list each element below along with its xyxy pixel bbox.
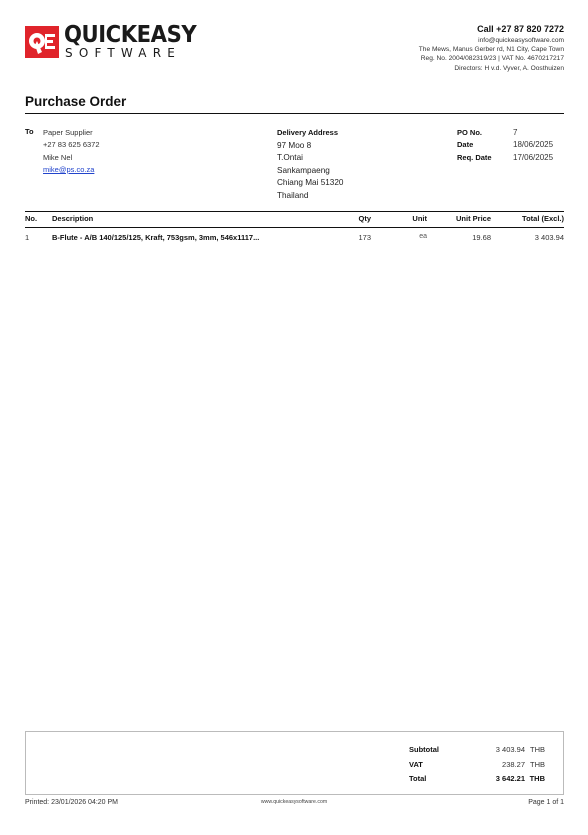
totals-value: 3 403.94: [469, 743, 525, 758]
recipient-email-link[interactable]: mike@ps.co.za: [43, 165, 94, 174]
totals-grand-total: Total 3 642.21 THB: [409, 772, 545, 787]
col-no: No.: [25, 214, 37, 223]
delivery-line: Sankampaeng: [277, 165, 343, 178]
col-total: Total (Excl.): [522, 214, 564, 223]
meta-value: 18/06/2025: [513, 139, 553, 151]
meta-po-number: PO No. 7: [457, 127, 553, 139]
totals-currency: THB: [525, 758, 545, 773]
table-header: No. Description Qty Unit Unit Price Tota…: [25, 214, 564, 226]
brand-tagline: SOFTWARE: [65, 46, 181, 60]
company-directors: Directors: H v.d. Vyver, A. Oosthuizen: [419, 64, 564, 73]
company-email: info@quickeasysoftware.com: [419, 36, 564, 45]
row-qty: 173: [358, 233, 371, 242]
meta-value: 17/06/2025: [513, 152, 553, 164]
table-header-rule: [25, 227, 564, 228]
totals-currency: THB: [525, 743, 545, 758]
col-qty: Qty: [358, 214, 371, 223]
totals-value: 3 642.21: [469, 772, 525, 787]
recipient-phone: +27 83 625 6372: [43, 139, 100, 151]
table-row: 1 B-Flute - A/B 140/125/125, Kraft, 753g…: [25, 233, 564, 245]
totals-currency: THB: [525, 772, 545, 787]
footer-website: www.quickeasysoftware.com: [0, 799, 588, 805]
row-unit: ea: [419, 233, 427, 240]
row-total: 3 403.94: [535, 233, 564, 242]
meta-label: Date: [457, 139, 513, 151]
meta-label: PO No.: [457, 127, 513, 139]
company-phone: Call +27 87 820 7272: [419, 23, 564, 35]
totals-value: 238.27: [469, 758, 525, 773]
delivery-line: T.Ontai: [277, 152, 343, 165]
title-divider: [25, 113, 564, 114]
totals-label: Subtotal: [409, 743, 469, 758]
recipient-contact: Mike Nel: [43, 152, 100, 164]
meta-label: Req. Date: [457, 152, 513, 164]
company-info: Call +27 87 820 7272 info@quickeasysoftw…: [419, 23, 564, 73]
delivery-line: 97 Moo 8: [277, 140, 343, 153]
meta-req-date: Req. Date 17/06/2025: [457, 152, 553, 164]
delivery-line: Thailand: [277, 190, 343, 203]
company-address: The Mews, Manus Gerber rd, N1 City, Cape…: [419, 45, 564, 54]
col-unit: Unit: [412, 214, 427, 223]
totals-label: VAT: [409, 758, 469, 773]
delivery-address: Delivery Address 97 Moo 8 T.Ontai Sankam…: [277, 127, 343, 203]
totals: Subtotal 3 403.94 THB VAT 238.27 THB Tot…: [409, 743, 545, 787]
row-no: 1: [25, 233, 29, 242]
row-description: B-Flute - A/B 140/125/125, Kraft, 753gsm…: [52, 233, 259, 242]
page-number: Page 1 of 1: [528, 799, 564, 806]
quickeasy-logo-icon: [25, 26, 59, 58]
recipient-label: To: [25, 127, 34, 136]
delivery-line: Chiang Mai 51320: [277, 177, 343, 190]
col-unit-price: Unit Price: [456, 214, 491, 223]
page-title: Purchase Order: [25, 94, 126, 109]
brand-name: QUICKEASY: [64, 23, 196, 47]
delivery-header: Delivery Address: [277, 127, 343, 140]
table-top-rule: [25, 211, 564, 212]
col-description: Description: [52, 214, 93, 223]
company-registration: Reg. No. 2004/082319/23 | VAT No. 467021…: [419, 54, 564, 63]
totals-vat: VAT 238.27 THB: [409, 758, 545, 773]
row-unit-price: 19.68: [472, 233, 491, 242]
meta-value: 7: [513, 127, 517, 139]
po-meta: PO No. 7 Date 18/06/2025 Req. Date 17/06…: [457, 127, 553, 164]
totals-label: Total: [409, 772, 469, 787]
meta-date: Date 18/06/2025: [457, 139, 553, 151]
totals-subtotal: Subtotal 3 403.94 THB: [409, 743, 545, 758]
recipient-block: Paper Supplier +27 83 625 6372 Mike Nel …: [43, 127, 100, 176]
recipient-name: Paper Supplier: [43, 127, 100, 139]
